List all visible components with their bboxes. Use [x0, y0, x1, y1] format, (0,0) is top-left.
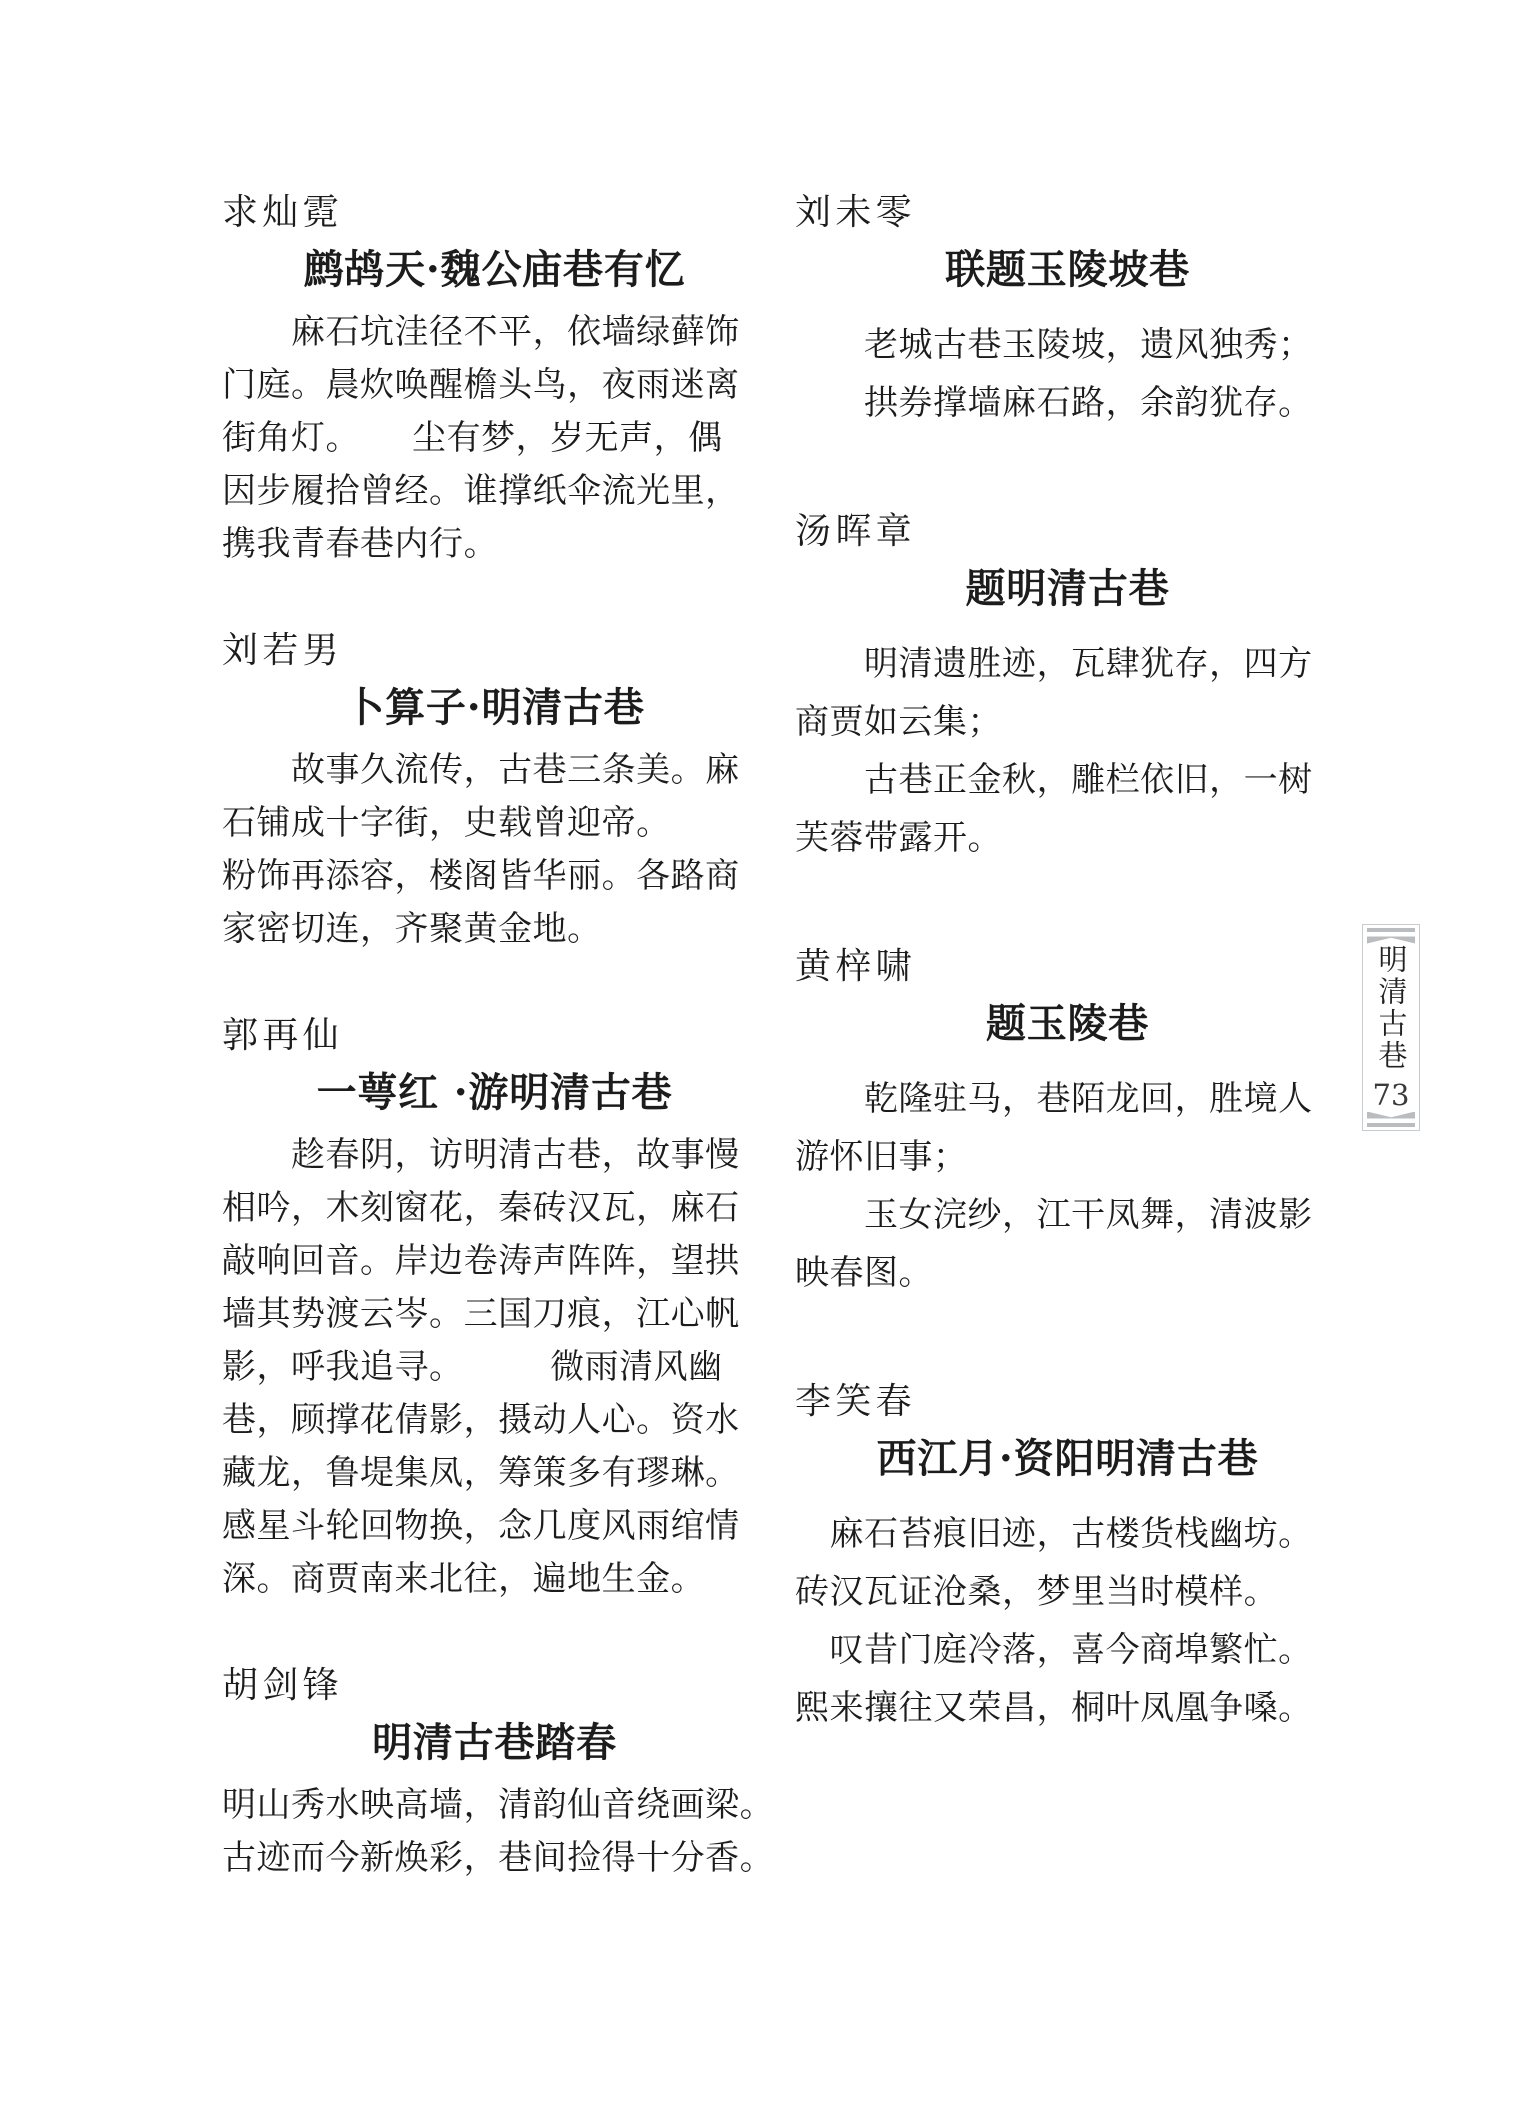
- poem-line: 故事久流传，古巷三条美。麻: [222, 744, 767, 797]
- book-page: 求灿霓 鹧鸪天·魏公庙巷有忆 麻石坑洼径不平，依墙绿藓饰门庭。晨炊唤醒檐头鸟，夜…: [0, 0, 1525, 2115]
- poem-line: 游怀旧事；: [795, 1128, 1340, 1186]
- poem-line: 熙来攘往又荣昌，桐叶凤凰争嗓。: [795, 1679, 1340, 1737]
- poem-line: 藏龙，鲁堤集凤，筹策多有璆琳。: [222, 1447, 767, 1500]
- poem-line: 感星斗轮回物换，念几度风雨绾情: [222, 1500, 767, 1553]
- poem-body: 乾隆驻马，巷陌龙回，胜境人游怀旧事； 玉女浣纱，江干凤舞，清波影映春图。: [795, 1070, 1340, 1302]
- poem: 李笑春 西江月·资阳明清古巷 麻石苔痕旧迹，古楼货栈幽坊。砖汉瓦证沧桑，梦里当时…: [795, 1374, 1340, 1737]
- poem-author: 黄梓啸: [795, 939, 1340, 994]
- poem-line: 深。商贾南来北往，遍地生金。: [222, 1553, 767, 1606]
- poem-line: 巷，顾撑花倩影，摄动人心。资水: [222, 1394, 767, 1447]
- right-text-column: 刘未零 联题玉陵坡巷 老城古巷玉陵坡，遗风独秀； 拱券撑墙麻石路，余韵犹存。 汤…: [795, 185, 1340, 1809]
- poem-body: 麻石苔痕旧迹，古楼货栈幽坊。砖汉瓦证沧桑，梦里当时模样。 叹昔门庭冷落，喜今商埠…: [795, 1505, 1340, 1737]
- poem-line: 砖汉瓦证沧桑，梦里当时模样。: [795, 1563, 1340, 1621]
- poem-body: 故事久流传，古巷三条美。麻石铺成十字街，史载曾迎帝。粉饰再添容，楼阁皆华丽。各路…: [222, 744, 767, 956]
- poem-title: 鹧鸪天·魏公庙巷有忆: [222, 240, 767, 300]
- poem-line: 石铺成十字街，史载曾迎帝。: [222, 797, 767, 850]
- side-tab-label: 明清古巷: [1377, 944, 1406, 1072]
- poem-author: 李笑春: [795, 1374, 1340, 1429]
- poem-line: 麻石苔痕旧迹，古楼货栈幽坊。: [795, 1505, 1340, 1563]
- poem-body: 趁春阴，访明清古巷，故事慢相吟，木刻窗花，秦砖汉瓦，麻石敲响回音。岸边卷涛声阵阵…: [222, 1129, 767, 1606]
- poem-body: 麻石坑洼径不平，依墙绿藓饰门庭。晨炊唤醒檐头鸟，夜雨迷离街角灯。 尘有梦，岁无声…: [222, 306, 767, 571]
- poem-author: 刘未零: [795, 185, 1340, 240]
- poem-line: 粉饰再添容，楼阁皆华丽。各路商: [222, 850, 767, 903]
- poem-line: 相吟，木刻窗花，秦砖汉瓦，麻石: [222, 1182, 767, 1235]
- poem-title: 西江月·资阳明清古巷: [795, 1429, 1340, 1489]
- poem-line: 门庭。晨炊唤醒檐头鸟，夜雨迷离: [222, 359, 767, 412]
- poem-line: 因步履拾曾经。谁撑纸伞流光里，: [222, 465, 767, 518]
- poem-line: 街角灯。 尘有梦，岁无声，偶: [222, 412, 767, 465]
- side-tab: 明清古巷 73: [1362, 924, 1420, 1131]
- poem-title: 联题玉陵坡巷: [795, 240, 1340, 300]
- poem-line: 芙蓉带露开。: [795, 809, 1340, 867]
- poem-body: 明山秀水映高墙，清韵仙音绕画梁。古迹而今新焕彩，巷间捡得十分香。: [222, 1779, 767, 1885]
- poem-line: 古巷正金秋，雕栏依旧，一树: [795, 751, 1340, 809]
- poem: 汤晖章 题明清古巷 明清遗胜迹，瓦肆犹存，四方商贾如云集； 古巷正金秋，雕栏依旧…: [795, 504, 1340, 867]
- poem-author: 汤晖章: [795, 504, 1340, 559]
- poem-line: 乾隆驻马，巷陌龙回，胜境人: [795, 1070, 1340, 1128]
- poem: 黄梓啸 题玉陵巷 乾隆驻马，巷陌龙回，胜境人游怀旧事； 玉女浣纱，江干凤舞，清波…: [795, 939, 1340, 1302]
- poem-line: 映春图。: [795, 1244, 1340, 1302]
- poem: 求灿霓 鹧鸪天·魏公庙巷有忆 麻石坑洼径不平，依墙绿藓饰门庭。晨炊唤醒檐头鸟，夜…: [222, 185, 767, 571]
- poem: 郭再仙 一萼红 ·游明清古巷 趁春阴，访明清古巷，故事慢相吟，木刻窗花，秦砖汉瓦…: [222, 1008, 767, 1606]
- poem-author: 郭再仙: [222, 1008, 767, 1063]
- poem-line: 拱券撑墙麻石路，余韵犹存。: [795, 374, 1340, 432]
- poem-title: 题明清古巷: [795, 559, 1340, 619]
- tab-content: 明清古巷 73: [1363, 944, 1419, 1112]
- poem: 胡剑锋 明清古巷踏春 明山秀水映高墙，清韵仙音绕画梁。古迹而今新焕彩，巷间捡得十…: [222, 1658, 767, 1885]
- poem-author: 刘若男: [222, 623, 767, 678]
- poem-line: 古迹而今新焕彩，巷间捡得十分香。: [222, 1832, 767, 1885]
- poem: 刘若男 卜算子·明清古巷 故事久流传，古巷三条美。麻石铺成十字街，史载曾迎帝。粉…: [222, 623, 767, 956]
- poem-line: 携我青春巷内行。: [222, 518, 767, 571]
- poem-line: 麻石坑洼径不平，依墙绿藓饰: [222, 306, 767, 359]
- tab-ribbon-strip-top-icon: [1367, 928, 1415, 932]
- poem-body: 明清遗胜迹，瓦肆犹存，四方商贾如云集； 古巷正金秋，雕栏依旧，一树芙蓉带露开。: [795, 635, 1340, 867]
- poem-line: 影，呼我追寻。 微雨清风幽: [222, 1341, 767, 1394]
- tab-ribbon-chevron-bottom-icon: [1367, 1112, 1415, 1119]
- poem-title: 卜算子·明清古巷: [222, 678, 767, 738]
- poem: 刘未零 联题玉陵坡巷 老城古巷玉陵坡，遗风独秀； 拱券撑墙麻石路，余韵犹存。: [795, 185, 1340, 432]
- poem-title: 题玉陵巷: [795, 994, 1340, 1054]
- poem-title: 明清古巷踏春: [222, 1713, 767, 1773]
- poem-line: 明山秀水映高墙，清韵仙音绕画梁。: [222, 1779, 767, 1832]
- poem-line: 明清遗胜迹，瓦肆犹存，四方: [795, 635, 1340, 693]
- poem-line: 叹昔门庭冷落，喜今商埠繁忙。: [795, 1621, 1340, 1679]
- poem-line: 敲响回音。岸边卷涛声阵阵，望拱: [222, 1235, 767, 1288]
- poem-line: 墙其势渡云岑。三国刀痕，江心帆: [222, 1288, 767, 1341]
- poem-author: 求灿霓: [222, 185, 767, 240]
- poem-body: 老城古巷玉陵坡，遗风独秀； 拱券撑墙麻石路，余韵犹存。: [795, 316, 1340, 432]
- left-text-column: 求灿霓 鹧鸪天·魏公庙巷有忆 麻石坑洼径不平，依墙绿藓饰门庭。晨炊唤醒檐头鸟，夜…: [222, 185, 767, 1937]
- page-number: 73: [1373, 1078, 1410, 1112]
- poem-line: 家密切连，齐聚黄金地。: [222, 903, 767, 956]
- poem-line: 趁春阴，访明清古巷，故事慢: [222, 1129, 767, 1182]
- tab-ribbon-chevron-top-icon: [1367, 936, 1415, 943]
- poem-author: 胡剑锋: [222, 1658, 767, 1713]
- tab-ribbon-strip-bottom-icon: [1367, 1123, 1415, 1127]
- poem-line: 老城古巷玉陵坡，遗风独秀；: [795, 316, 1340, 374]
- poem-title: 一萼红 ·游明清古巷: [222, 1063, 767, 1123]
- poem-line: 商贾如云集；: [795, 693, 1340, 751]
- poem-line: 玉女浣纱，江干凤舞，清波影: [795, 1186, 1340, 1244]
